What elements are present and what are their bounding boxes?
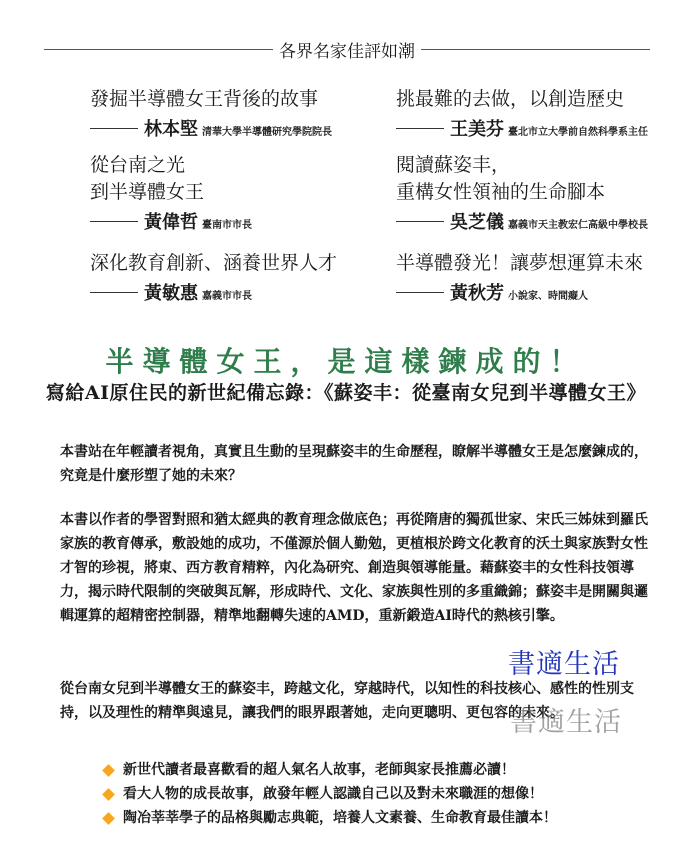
diamond-bullet-icon xyxy=(102,812,115,825)
dash xyxy=(396,221,444,222)
endorsement-text: 從台南之光 xyxy=(90,152,252,179)
endorsement-text: 重構女性領袖的生命腳本 xyxy=(396,179,648,206)
bullet-text: 看大人物的成長故事，啟發年輕人認識自己以及對未來職涯的想像！ xyxy=(123,782,543,806)
endorsement: 發掘半導體女王背後的故事 林本堅清華大學半導體研究學院院長 xyxy=(90,86,332,141)
bullet-text: 新世代讀者最喜歡看的超人氣名人故事，老師與家長推薦必讀！ xyxy=(123,758,515,782)
endorsement-text: 到半導體女王 xyxy=(90,179,252,206)
endorser-role: 臺北市立大學前自然科學系主任 xyxy=(508,123,648,138)
endorsement: 從台南之光 到半導體女王 黃偉哲臺南市市長 xyxy=(90,152,252,234)
dash xyxy=(396,128,444,129)
subheadline: 寫給AI原住民的新世紀備忘錄：《蘇姿丰：從臺南女兒到半導體女王》 xyxy=(0,378,692,405)
endorser-role: 嘉義市市長 xyxy=(202,287,252,302)
endorsement: 挑最難的去做，以創造歷史 王美芬臺北市立大學前自然科學系主任 xyxy=(396,86,648,141)
watermark-gray: 書適生活 xyxy=(510,700,622,739)
endorser-name: 黃偉哲 xyxy=(144,208,198,234)
endorsement-text: 深化教育創新、涵養世界人才 xyxy=(90,250,337,277)
dash xyxy=(90,292,138,293)
divider-left xyxy=(44,49,273,50)
endorser-name: 林本堅 xyxy=(144,115,198,141)
endorsement-text: 半導體發光！讓夢想運算未來 xyxy=(396,250,643,277)
endorsement-text: 挑最難的去做，以創造歷史 xyxy=(396,86,648,113)
endorsement-text: 閱讀蘇姿丰， xyxy=(396,152,648,179)
dash xyxy=(90,128,138,129)
list-item: 看大人物的成長故事，啟發年輕人認識自己以及對未來職涯的想像！ xyxy=(102,782,557,806)
selling-points: 新世代讀者最喜歡看的超人氣名人故事，老師與家長推薦必讀！ 看大人物的成長故事，啟… xyxy=(102,758,557,830)
paragraph-intro: 本書站在年輕讀者視角，真實且生動的呈現蘇姿丰的生命歷程，瞭解半導體女王是怎麼鍊成… xyxy=(60,440,660,488)
endorser-role: 清華大學半導體研究學院院長 xyxy=(202,123,332,138)
endorser-role: 臺南市市長 xyxy=(202,216,252,231)
diamond-bullet-icon xyxy=(102,788,115,801)
endorsement: 深化教育創新、涵養世界人才 黃敏惠嘉義市市長 xyxy=(90,250,337,305)
endorser-name: 王美芬 xyxy=(450,115,504,141)
endorser-name: 黃秋芳 xyxy=(450,279,504,305)
endorsement: 半導體發光！讓夢想運算未來 黃秋芳小說家、時間癡人 xyxy=(396,250,643,305)
section-title: 各界名家佳評如潮 xyxy=(273,37,421,62)
diamond-bullet-icon xyxy=(102,764,115,777)
divider-right xyxy=(421,49,650,50)
watermark-blue: 書適生活 xyxy=(508,642,620,681)
bullet-text: 陶冶莘莘學子的品格與勵志典範，培養人文素養、生命教育最佳讀本！ xyxy=(123,806,557,830)
endorsement: 閱讀蘇姿丰， 重構女性領袖的生命腳本 吳芝儀嘉義市天主教宏仁高級中學校長 xyxy=(396,152,648,234)
paragraph-main: 本書以作者的學習對照和猶太經典的教育理念做底色；再從隋唐的獨孤世家、宋氏三姊妹到… xyxy=(60,508,660,628)
endorsement-text: 發掘半導體女王背後的故事 xyxy=(90,86,332,113)
headline: 半導體女王，是這樣鍊成的！ xyxy=(0,340,692,380)
section-header: 各界名家佳評如潮 xyxy=(44,36,650,62)
list-item: 新世代讀者最喜歡看的超人氣名人故事，老師與家長推薦必讀！ xyxy=(102,758,557,782)
endorser-role: 嘉義市天主教宏仁高級中學校長 xyxy=(508,216,648,231)
dash xyxy=(90,221,138,222)
endorser-name: 黃敏惠 xyxy=(144,279,198,305)
dash xyxy=(396,292,444,293)
endorser-role: 小說家、時間癡人 xyxy=(508,287,588,302)
endorser-name: 吳芝儀 xyxy=(450,208,504,234)
list-item: 陶冶莘莘學子的品格與勵志典範，培養人文素養、生命教育最佳讀本！ xyxy=(102,806,557,830)
